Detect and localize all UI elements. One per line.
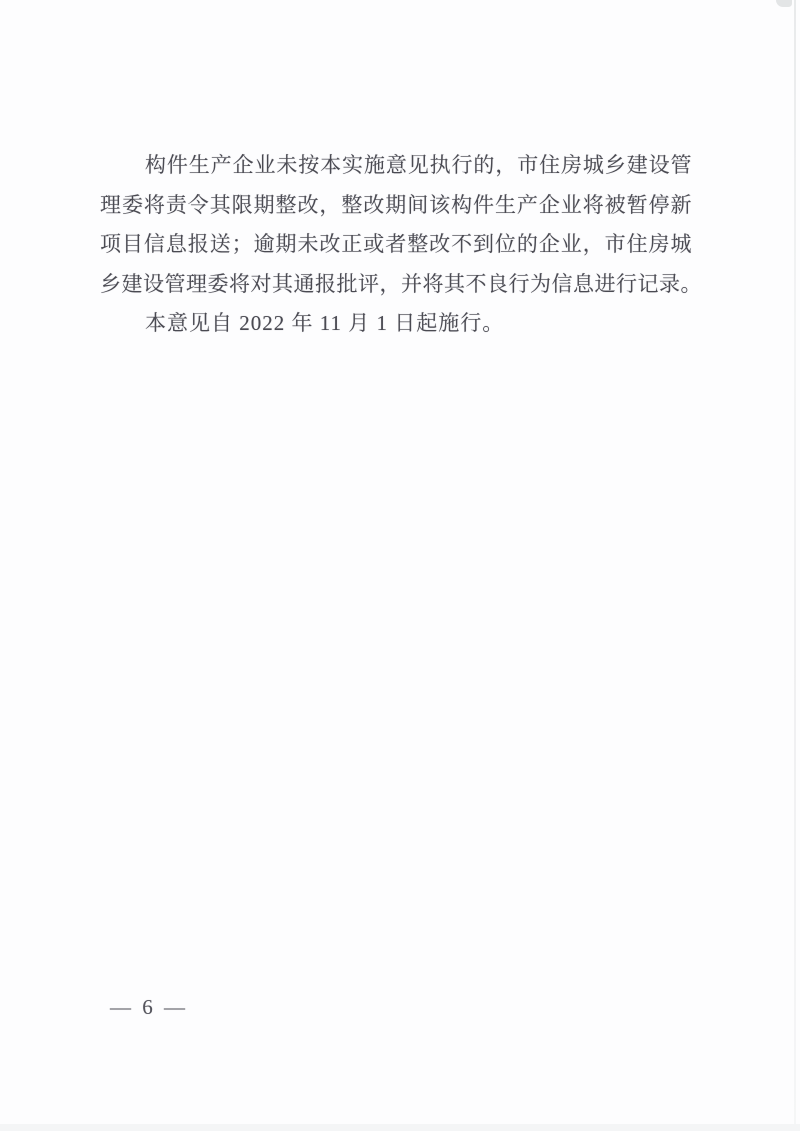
paragraph-1-line-2: 理委将责令其限期整改，整改期间该构件生产企业将被暂停新 bbox=[100, 186, 692, 226]
document-body-text: 构件生产企业未按本实施意见执行的，市住房城乡建设管 理委将责令其限期整改，整改期… bbox=[100, 146, 692, 344]
paragraph-1-line-1: 构件生产企业未按本实施意见执行的，市住房城乡建设管 bbox=[100, 146, 692, 186]
paragraph-2-effective-date: 本意见自 2022 年 11 月 1 日起施行。 bbox=[100, 304, 692, 344]
scan-bottom-edge-artifact bbox=[0, 1124, 800, 1131]
paragraph-1-line-4: 乡建设管理委将对其通报批评，并将其不良行为信息进行记录。 bbox=[100, 265, 692, 305]
scan-corner-artifact bbox=[776, 0, 792, 7]
scan-right-edge-artifact bbox=[794, 0, 796, 1131]
page-number: — 6 — bbox=[110, 995, 188, 1020]
scanned-document-page: 构件生产企业未按本实施意见执行的，市住房城乡建设管 理委将责令其限期整改，整改期… bbox=[0, 0, 800, 1131]
paragraph-1-line-3: 项目信息报送；逾期未改正或者整改不到位的企业，市住房城 bbox=[100, 225, 692, 265]
